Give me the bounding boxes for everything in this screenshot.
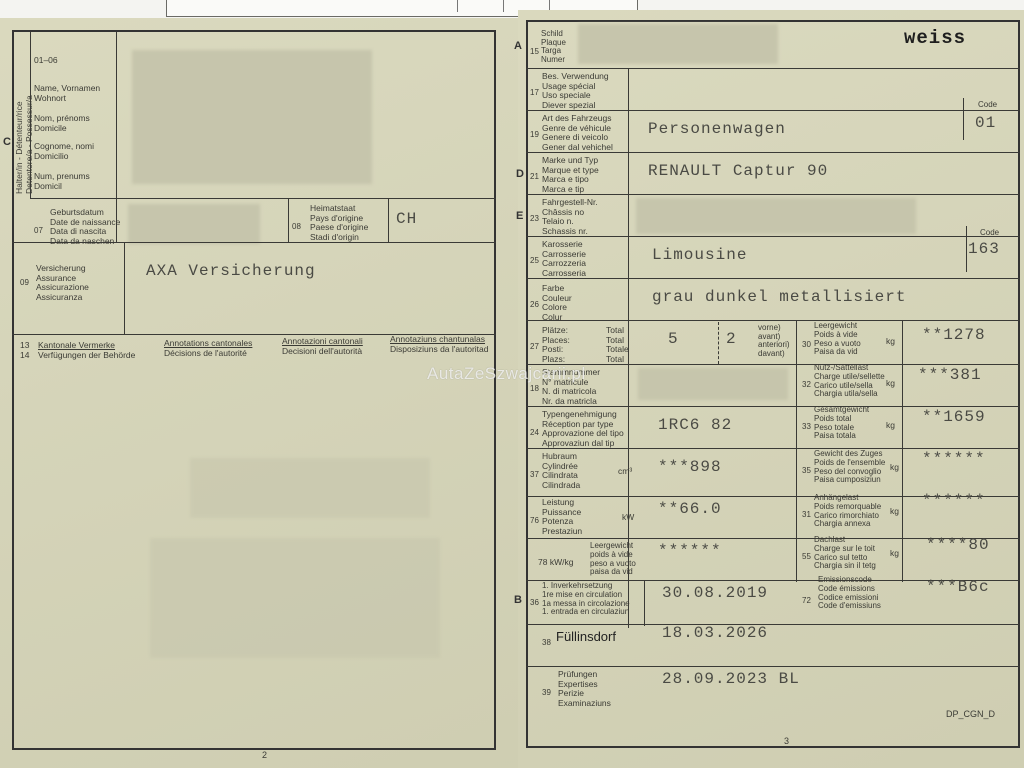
field-number: 21 [530,172,539,181]
remarks-redacted [190,458,430,518]
remarks-label-de: Kantonale VermerkeVerfügungen der Behörd… [38,341,135,360]
field-number: 33 [802,422,811,431]
divider [796,320,797,582]
section-marker-d: D [516,168,524,180]
first-registration-label: 1. Inverkehrsetzung1re mise en circulati… [542,582,630,617]
divider [526,152,1020,153]
field-number: 27 [530,342,539,351]
field-number: 17 [530,88,539,97]
unit-label: cm³ [618,466,632,476]
form-code: DP_CGN_D [946,710,995,720]
holder-label-de: Name, VornamenWohnort [34,84,100,103]
field-number: 07 [34,226,43,235]
seats-front-label: vorne)avant) anteriori)davant) [758,324,790,358]
vehicle-type-code: 01 [975,114,996,132]
divider [526,278,1020,279]
field-number: 23 [530,214,539,223]
seats-label: Plätze:Places: Posti:Plazs: [542,326,570,364]
field-number: 38 [542,638,551,647]
issue-place: Füllinsdorf [556,632,616,642]
field-number: 25 [530,256,539,265]
empty-weight-label: LeergewichtPoids à vide Peso a vuotoPais… [814,322,861,357]
special-use-label: Bes. VerwendungUsage spécial Uso special… [542,72,609,110]
divider [644,580,645,626]
divider [526,666,1020,667]
insurance-value: AXA Versicherung [146,262,316,280]
inspection-label: PrüfungenExpertises PerizieExaminaziuns [558,670,611,708]
field-number: 39 [542,688,551,697]
field-number: 18 [530,384,539,393]
holder-vertical-label: Halter/in - Détenteur/rice [14,101,24,194]
type-approval-label: TypengenehmigungRéception par type Appro… [542,410,624,448]
section-marker-c: C [3,136,11,148]
section-marker-a: A [514,40,522,52]
seats-total-label: TotalTotal TotaleTotal [606,326,629,364]
field-number: 36 [530,598,539,607]
divider [526,320,1020,321]
code-label: Code [980,228,999,237]
field-number: 31 [802,510,811,519]
field-number: 32 [802,380,811,389]
divider [526,68,1020,69]
remarks-label-fr: Annotations cantonalesDécisions de l'aut… [164,339,252,358]
plate-label: SchildPlaque TargaNumer [541,30,566,64]
holder-label-rm: Num, prenumsDomicil [34,172,90,191]
first-registration-value: 30.08.2019 [662,584,768,602]
chassis-number-redacted [636,198,916,234]
chassis-label: Fahrgestell-Nr.Châssis no Telaio n.Schas… [542,198,598,236]
divider [963,98,964,140]
field-number: 35 [802,466,811,475]
power-value: **66.0 [658,500,722,518]
divider [526,110,1020,111]
empty-weight-value: **1278 [922,326,986,344]
unit-label: kg [886,336,895,346]
divider [457,0,458,12]
field-number: 09 [20,278,29,287]
plate-color: weiss [904,27,966,49]
holder-label-it: Cognome, nomiDomicilio [34,142,94,161]
field-number: 15 [530,47,539,56]
matriculation-redacted [638,368,788,400]
field-number: 55 [802,552,811,561]
remarks-label-rm: Annotaziuns chantunalasDisposiziuns da l… [390,335,488,354]
displacement-value: ***898 [658,458,722,476]
page-number: 2 [262,750,267,760]
roof-load-value: ****80 [926,536,990,554]
holder-name-redacted [132,50,372,184]
divider [503,0,504,12]
code-label: Code [978,100,997,109]
divider [526,448,1020,449]
birthdate-label: GeburtsdatumDate de naissance Data di na… [50,208,120,246]
divider [966,226,967,272]
displacement-label: HubraumCylindrée CilindrataCilindrada [542,452,580,490]
plate-number-redacted [578,24,778,64]
body-value: Limousine [652,246,747,264]
unit-label: kg [886,378,895,388]
power-label: LeistungPuissance PotenzaPrestaziun [542,498,582,536]
issue-date-value: 18.03.2026 [662,624,768,642]
field-number: 19 [530,130,539,139]
field-number: 37 [530,470,539,479]
page-right: A 15 SchildPlaque TargaNumer weiss 17 Be… [518,10,1024,768]
roof-load-label: DachlastCharge sur le toit Carico sul te… [814,536,876,571]
remarks-redacted [150,538,440,658]
divider [526,624,1020,625]
body-code: 163 [968,240,1000,258]
unit-label: kW [622,512,634,522]
make-model-value: RENAULT Captur 90 [648,162,828,180]
inspection-value: 28.09.2023 BL [662,670,800,688]
color-label: FarbeCouleur ColoreColur [542,284,572,322]
unit-label: kg [890,462,899,472]
seats-front-value: 2 [726,330,737,348]
field-number: 72 [802,596,811,605]
page-left: C Halter/in - Détenteur/rice Detentore/a… [0,18,520,768]
total-weight-label: GesamtgewichtPoids total Peso totalePais… [814,406,869,441]
divider [124,242,125,334]
divider [526,406,1020,407]
holder-vertical-label-2: Detentore/a - Possessur/a [24,95,34,194]
trailer-load-value: ****** [922,492,986,510]
field-number: 30 [802,340,811,349]
field-number: 76 [530,516,539,525]
total-weight-value: **1659 [922,408,986,426]
payload-label: Nutz-/SattellastCharge utile/sellette Ca… [814,364,885,399]
type-approval-value: 1RC6 82 [658,416,732,434]
insurance-label: VersicherungAssurance AssicurazioneAssic… [36,264,89,302]
seats-total-value: 5 [668,330,679,348]
divider [12,242,496,243]
power-weight-sublabel: Leergewichtpoids à vide peso a vuotopais… [590,542,636,577]
remarks-numbers: 1314 [20,341,29,360]
train-weight-label: Gewicht des ZugesPoids de l'ensemble Pes… [814,450,885,485]
power-weight-value: ****** [658,542,722,560]
emission-code-label: EmissionscodeCode émissions Codice emiss… [818,576,881,611]
payload-value: ***381 [918,366,982,384]
trailer-load-label: AnhängelastPoids remorquable Carico rimo… [814,494,881,529]
divider [526,236,1020,237]
section-marker-b: B [514,594,522,606]
divider [388,198,389,242]
remarks-label-it: Annotazioni cantonaliDecisioni dell'auto… [282,337,363,356]
field-number: 24 [530,428,539,437]
divider [30,198,496,199]
origin-value: CH [396,210,417,228]
divider [526,194,1020,195]
field-number: 08 [292,222,301,231]
unit-label: kg [890,506,899,516]
unit-label: kg [890,548,899,558]
birthdate-redacted [128,204,260,244]
power-weight-label: 78 kW/kg [538,558,573,568]
divider [718,322,719,364]
vehicle-type-label: Art des FahrzeugsGenre de véhicule Gener… [542,114,613,152]
holder-label-fr: Nom, prénomsDomicile [34,114,90,133]
emission-code-value: ***B6c [926,578,990,596]
unit-label: kg [886,420,895,430]
color-value: grau dunkel metallisiert [652,288,906,306]
field-number: 26 [530,300,539,309]
divider [526,364,1020,365]
origin-label: HeimatstaatPays d'origine Paese d'origin… [310,204,368,242]
divider [288,198,289,242]
vehicle-type-value: Personenwagen [648,120,786,138]
body-label: KarosserieCarrosserie CarrozzeriaCarross… [542,240,586,278]
section-marker-e: E [516,210,523,222]
page-number: 3 [784,736,789,746]
holder-field-number: 01–06 [34,56,58,66]
train-weight-value: ****** [922,450,986,468]
make-model-label: Marke und TypMarque et type Marca e tipo… [542,156,599,194]
divider [902,320,903,582]
watermark: AutaZeSzwajcarii.pl [427,364,586,384]
